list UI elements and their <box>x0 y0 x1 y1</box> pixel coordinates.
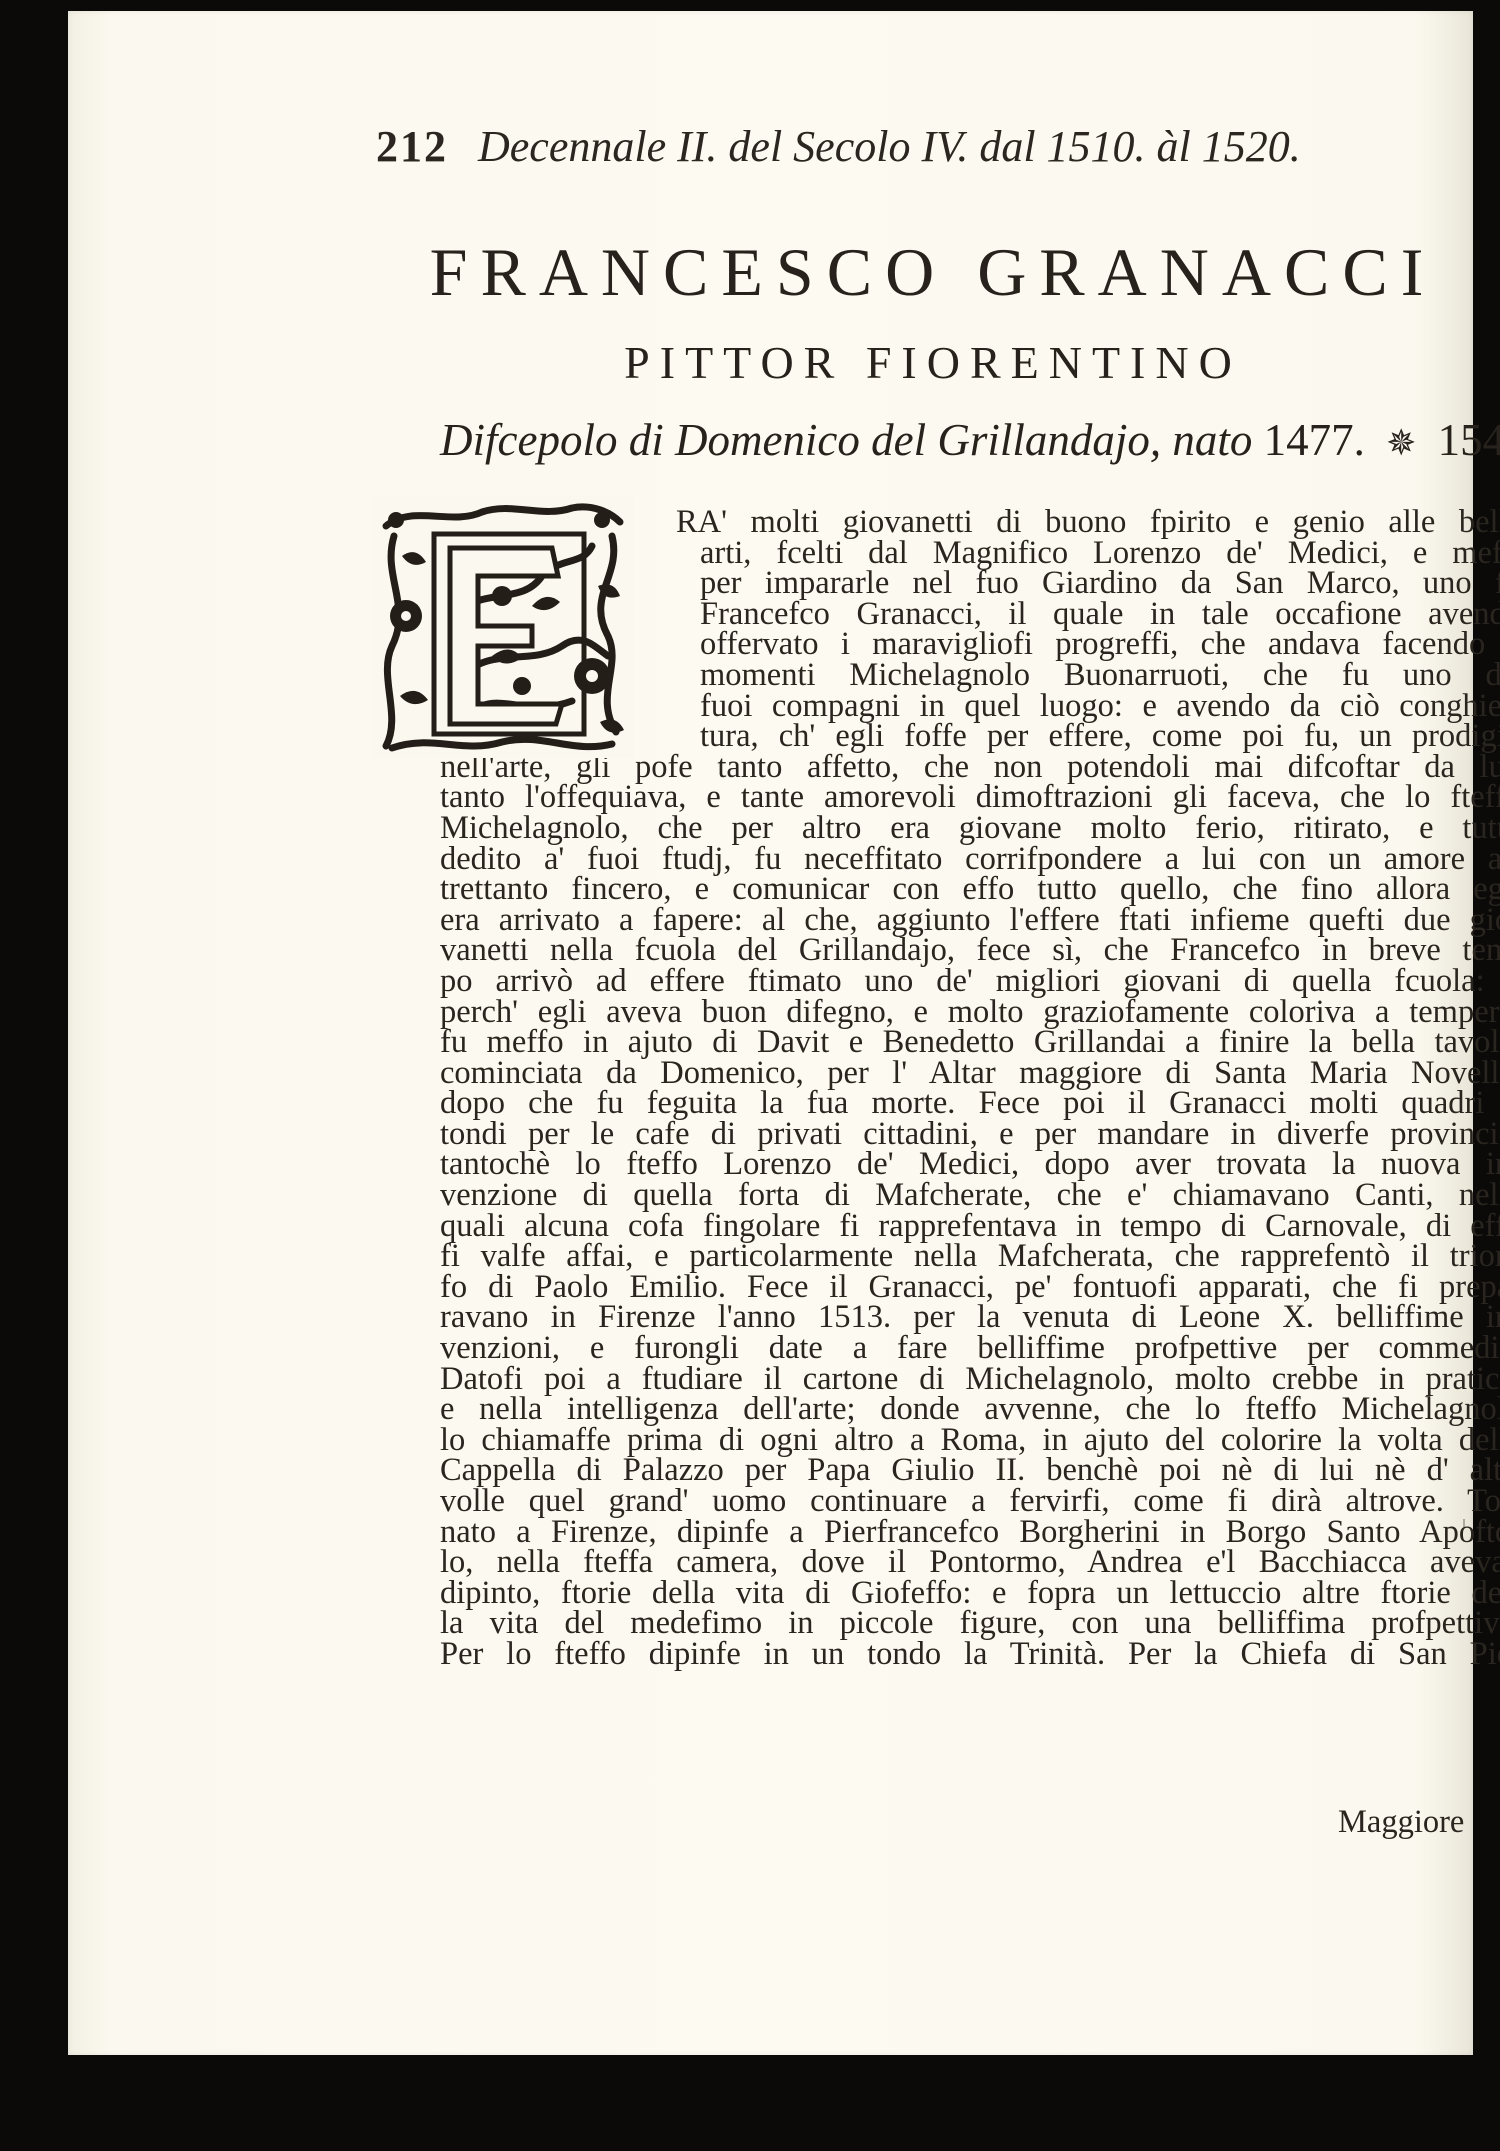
text-line: po arrivò ad effere ftimato uno de' migl… <box>440 966 1500 997</box>
text-line: dedito a' fuoi ftudj, fu neceffitato cor… <box>440 844 1500 875</box>
text-line: RA' molti giovanetti di buono fpirito e … <box>676 507 1500 538</box>
chapter-title: FRANCESCO GRANACCI <box>358 233 1500 312</box>
text-line: Francefco Granacci, il quale in tale occ… <box>700 599 1500 630</box>
text-line: tantochè lo fteffo Lorenzo de' Medici, d… <box>440 1149 1500 1180</box>
death-year: 1544. <box>1438 415 1500 465</box>
scanned-page-view: 212Decennale II. del Secolo IV. dal 1510… <box>0 0 1500 2151</box>
text-line: fu meffo in ajuto di Davit e Benedetto G… <box>440 1027 1500 1058</box>
page-number: 212 <box>376 122 448 171</box>
catchword: Maggiore <box>1338 1804 1464 1841</box>
text-line: momenti Michelagnolo Buonarruoti, che fu… <box>700 660 1500 691</box>
text-line: dopo che fu feguita la fua morte. Fece p… <box>440 1088 1500 1119</box>
text-line: vanetti nella fcuola del Grillandajo, fe… <box>440 935 1500 966</box>
biographical-note-text: Difcepolo di Domenico del Grillandajo, n… <box>440 415 1252 465</box>
text-line: era arrivato a fapere: al che, aggiunto … <box>440 905 1500 936</box>
text-line: venzione di quella forta di Mafcherate, … <box>440 1180 1500 1211</box>
text-line: cominciata da Domenico, per l' Altar mag… <box>440 1058 1500 1089</box>
text-line: ravano in Firenze l'anno 1513. per la ve… <box>440 1302 1500 1333</box>
text-line: fi valfe affai, e particolarmente nella … <box>440 1241 1500 1272</box>
birth-year: 1477. <box>1264 415 1365 465</box>
book-page: 212Decennale II. del Secolo IV. dal 1510… <box>68 11 1473 2055</box>
text-line: nato a Firenze, dipinfe a Pierfrancefco … <box>440 1517 1500 1548</box>
text-line: venzioni, e furongli date a fare belliff… <box>440 1333 1500 1364</box>
text-line: per impararle nel fuo Giardino da San Ma… <box>700 568 1500 599</box>
text-line: fo di Paolo Emilio. Fece il Granacci, pe… <box>440 1272 1500 1303</box>
text-line: la vita del medefimo in piccole figure, … <box>440 1608 1500 1639</box>
text-line: Per lo fteffo dipinfe in un tondo la Tri… <box>440 1639 1500 1670</box>
chapter-subtitle: PITTOR FIORENTINO <box>358 336 1500 389</box>
text-line: fuoi compagni in quel luogo: e avendo da… <box>700 691 1500 722</box>
text-line: trettanto fincero, e comunicar con effo … <box>440 874 1500 905</box>
text-line: offervato i maravigliofi progreffi, che … <box>700 629 1500 660</box>
text-line: quali alcuna cofa fingolare fi rapprefen… <box>440 1211 1500 1242</box>
text-line: tanto l'offequiava, e tante amorevoli di… <box>440 782 1500 813</box>
text-line: Datofi poi a ftudiare il cartone di Mich… <box>440 1364 1500 1395</box>
text-line: Cappella di Palazzo per Papa Giulio II. … <box>440 1455 1500 1486</box>
biographical-note: Difcepolo di Domenico del Grillandajo, n… <box>440 414 1500 466</box>
text-line: lo, nella fteffa camera, dove il Pontorm… <box>440 1547 1500 1578</box>
text-line: Michelagnolo, che per altro era giovane … <box>440 813 1500 844</box>
death-mark-icon: ✵ <box>1386 423 1416 463</box>
text-line: tondi per le cafe di privati cittadini, … <box>440 1119 1500 1150</box>
text-line: e nella intelligenza dell'arte; donde av… <box>440 1394 1500 1425</box>
scan-speck <box>1463 1519 1465 1527</box>
text-line: lo chiamaffe prima di ogni altro a Roma,… <box>440 1425 1500 1456</box>
text-line: perch' egli aveva buon difegno, e molto … <box>440 997 1500 1028</box>
running-head-text: Decennale II. del Secolo IV. dal 1510. à… <box>478 122 1301 171</box>
text-line: volle quel grand' uomo continuare a ferv… <box>440 1486 1500 1517</box>
ornamental-dropcap-icon <box>372 496 634 758</box>
text-line: dipinto, ftorie della vita di Giofeffo: … <box>440 1578 1500 1609</box>
running-head: 212Decennale II. del Secolo IV. dal 1510… <box>376 121 1476 172</box>
text-line: arti, fcelti dal Magnifico Lorenzo de' M… <box>700 538 1500 569</box>
text-line: tura, ch' egli foffe per effere, come po… <box>700 721 1500 752</box>
